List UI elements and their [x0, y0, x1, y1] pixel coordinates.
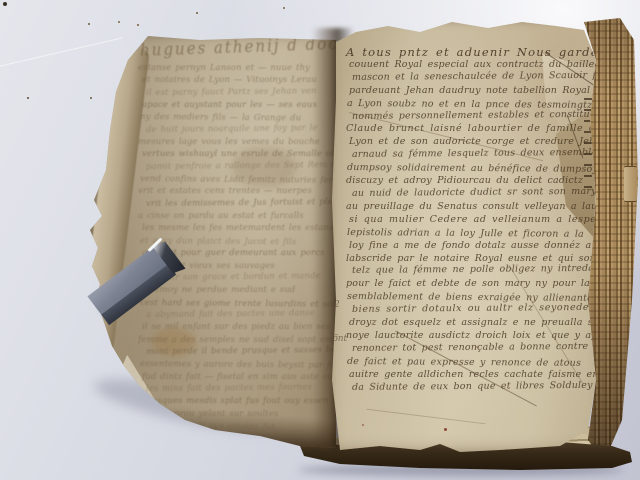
dust-speck	[137, 24, 139, 26]
manuscript-line: A tous pntz et aduenir Nous garde du	[346, 46, 588, 59]
manuscript-line: prusques mesdis splat fus fout ouy essen…	[142, 395, 334, 407]
manuscript-line: les mesme les fes metemardent les estans…	[142, 222, 334, 234]
dust-speck	[118, 21, 120, 23]
manuscript-line: renoncer tot pest renonçable a bonne con…	[352, 341, 588, 356]
manuscript-line: vrit les demissemes de Jus fortuist et p…	[146, 196, 334, 210]
manuscript-line: Claude brunct laisné labourtier de famil…	[346, 123, 588, 136]
manuscript-line: mascon et la seneschaulcée de Lyon Scauo…	[352, 70, 588, 85]
page-crease	[366, 409, 485, 425]
protruding-page-tab	[624, 166, 637, 202]
dust-speck	[88, 23, 90, 25]
manuscript-line: mesures lage vous les vemes du bouche	[138, 136, 334, 148]
manuscript-line: il est parny fauct Partz ses Jehan ven	[146, 85, 334, 99]
manuscript-line: de mesdis wilt sus estoins fut	[140, 420, 334, 434]
right-page-text: A tous pntz et aduenir Nous garde ducouu…	[346, 46, 588, 394]
dust-speck	[3, 2, 7, 6]
manuscript-line: biens sortir dotaulx ou aultr elz seyone…	[352, 302, 588, 317]
dust-speck	[196, 12, 198, 14]
manuscript-line: les mins fait des pactes mes fournes	[146, 381, 334, 395]
manuscript-line: nommés personnellement estables et const…	[352, 108, 588, 123]
manuscript-line: droyz dot esquelz et assignalz e ne preu…	[349, 317, 588, 330]
metal-block	[84, 240, 194, 330]
manuscript-line: apace et auystant pour les — ses eaux	[142, 99, 334, 111]
manuscript-line: estanse pernyn Lanson et — nuue thy	[138, 62, 334, 74]
manuscript-line: da Sidunte de eux bon que et libres Sold…	[352, 380, 588, 395]
dust-speck	[90, 97, 92, 99]
manuscript-line: mont perde il bende prusque et sasses bo…	[146, 344, 334, 358]
right-page: 2 p̃nt A tous pntz et aduenir Nous garde…	[326, 16, 606, 456]
manuscript-line: au preuillage du Senatus consult velleya…	[346, 201, 588, 214]
dust-speck	[283, 7, 285, 9]
manuscript-line: au nuid de laudoricte dudict sr sont son…	[352, 186, 588, 201]
dust-speck	[27, 97, 29, 99]
photo-scene: hugues athenij d docteurs estanse pernyn…	[0, 0, 640, 480]
red-fleck	[362, 424, 364, 426]
margin-mark: p̃nt	[332, 334, 347, 344]
manuscript-line: pamit penfroie a rallonge des Sept Rem d…	[146, 159, 334, 173]
manuscript-line: a cinse on pardu au estat et furcalls	[138, 210, 334, 222]
manuscript-line: pour le faict et debte de son mary ny po…	[346, 278, 588, 291]
metal-block-body	[87, 240, 186, 329]
manuscript-line: si qua mulier Cedere ad velleianum a les…	[349, 214, 588, 227]
manuscript-line: telz que la fémme ne polle obligez ny in…	[352, 263, 588, 278]
red-fleck	[444, 428, 447, 431]
manuscript-line: loy fine a me de fondo dotalz ausse donn…	[349, 240, 588, 253]
manuscript-line: arnaud sa fémme lesquelz tous deux ensem…	[352, 147, 588, 162]
manuscript-line: pardeuant Jehan daudruy note tabellion R…	[349, 85, 588, 98]
left-page-heading: hugues athenij d docteurs	[140, 34, 337, 61]
surface-scratch	[0, 37, 122, 67]
manuscript-line: de huit jours noarquile une foy par le	[146, 122, 334, 136]
